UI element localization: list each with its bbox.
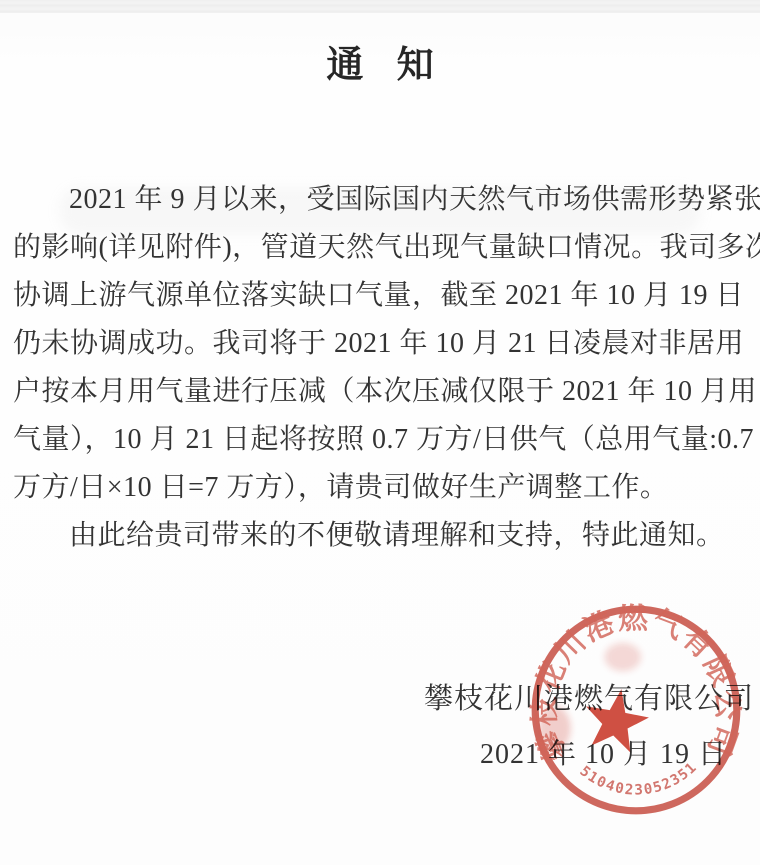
svg-text:5104023052351: 5104023052351 <box>576 759 700 799</box>
body-line: 协调上游气源单位落实缺口气量，截至 2021 年 10 月 19 日 <box>13 272 755 320</box>
seal-company-arc-text: 攀枝花川港燃气有限公司 <box>528 602 743 766</box>
seal-ink-smudge <box>604 643 641 672</box>
body-line: 2021 年 9 月以来，受国际国内天然气市场供需形势紧张 <box>13 176 755 224</box>
body-line: 由此给贵司带来的不便敬请理解和支持，特此通知。 <box>13 512 755 560</box>
company-seal-stamp: 攀枝花川港燃气有限公司 5104023052351 <box>524 598 748 822</box>
scan-artifact-top <box>0 0 760 13</box>
body-line: 万方/日×10 日=7 万方），请贵司做好生产调整工作。 <box>13 464 755 512</box>
notice-document-page: 通 知 2021 年 9 月以来，受国际国内天然气市场供需形势紧张 的影响(详见… <box>0 0 760 865</box>
body-line: 仍未协调成功。我司将于 2021 年 10 月 21 日凌晨对非居用 <box>13 320 755 368</box>
svg-text:攀枝花川港燃气有限公司: 攀枝花川港燃气有限公司 <box>528 602 743 766</box>
body-line: 气量），10 月 21 日起将按照 0.7 万方/日供气（总用气量:0.7 <box>13 416 755 464</box>
seal-serial-number: 5104023052351 <box>576 759 700 799</box>
notice-body: 2021 年 9 月以来，受国际国内天然气市场供需形势紧张 的影响(详见附件)，… <box>13 176 755 560</box>
body-line: 户按本月用气量进行压减（本次压减仅限于 2021 年 10 月用 <box>13 368 755 416</box>
red-star-icon <box>586 689 649 752</box>
body-line: 的影响(详见附件)，管道天然气出现气量缺口情况。我司多次 <box>13 224 755 272</box>
page-title: 通 知 <box>0 34 760 88</box>
